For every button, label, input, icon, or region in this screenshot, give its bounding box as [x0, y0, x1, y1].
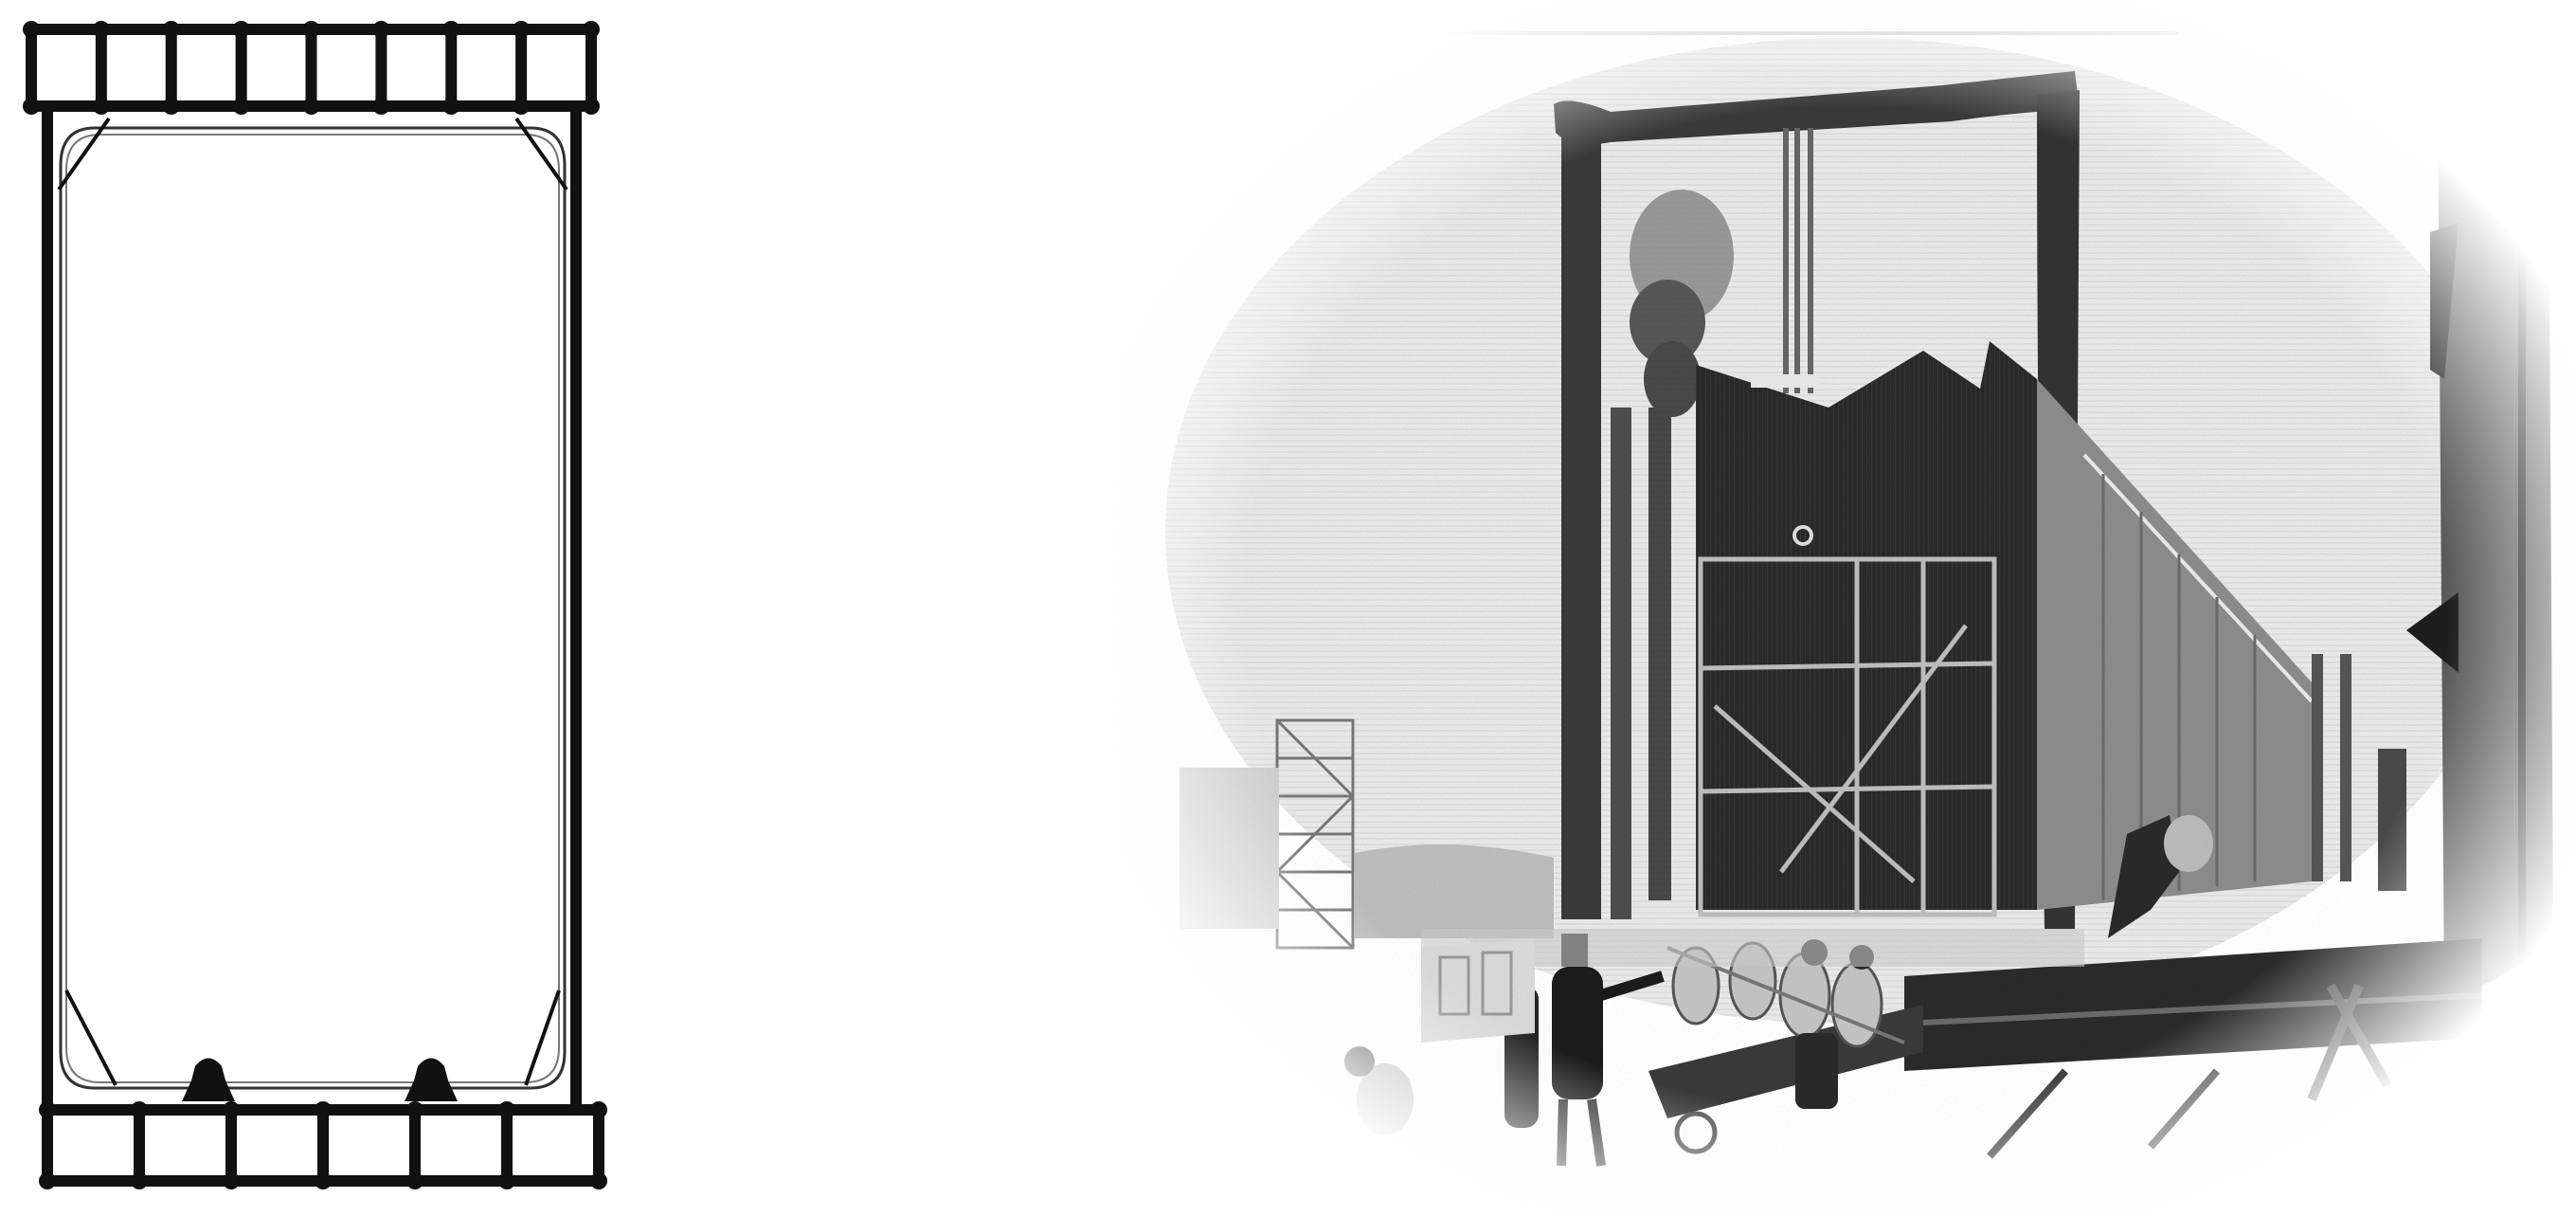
bottom-cellular-flange [39, 1101, 607, 1189]
side-web-plates [42, 109, 582, 1109]
top-cellular-flange [23, 21, 600, 115]
tube-cross-section-figure: Engineering cross-section of a rectangul… [0, 0, 644, 1216]
cross-section-drawing [0, 0, 644, 1216]
floor-rails [182, 1059, 458, 1102]
tube-raising-engraving: Engraving of a large iron tube being rai… [1118, 0, 2576, 1216]
engraving-drawing [1118, 0, 2576, 1216]
corner-gussets [59, 118, 567, 1085]
